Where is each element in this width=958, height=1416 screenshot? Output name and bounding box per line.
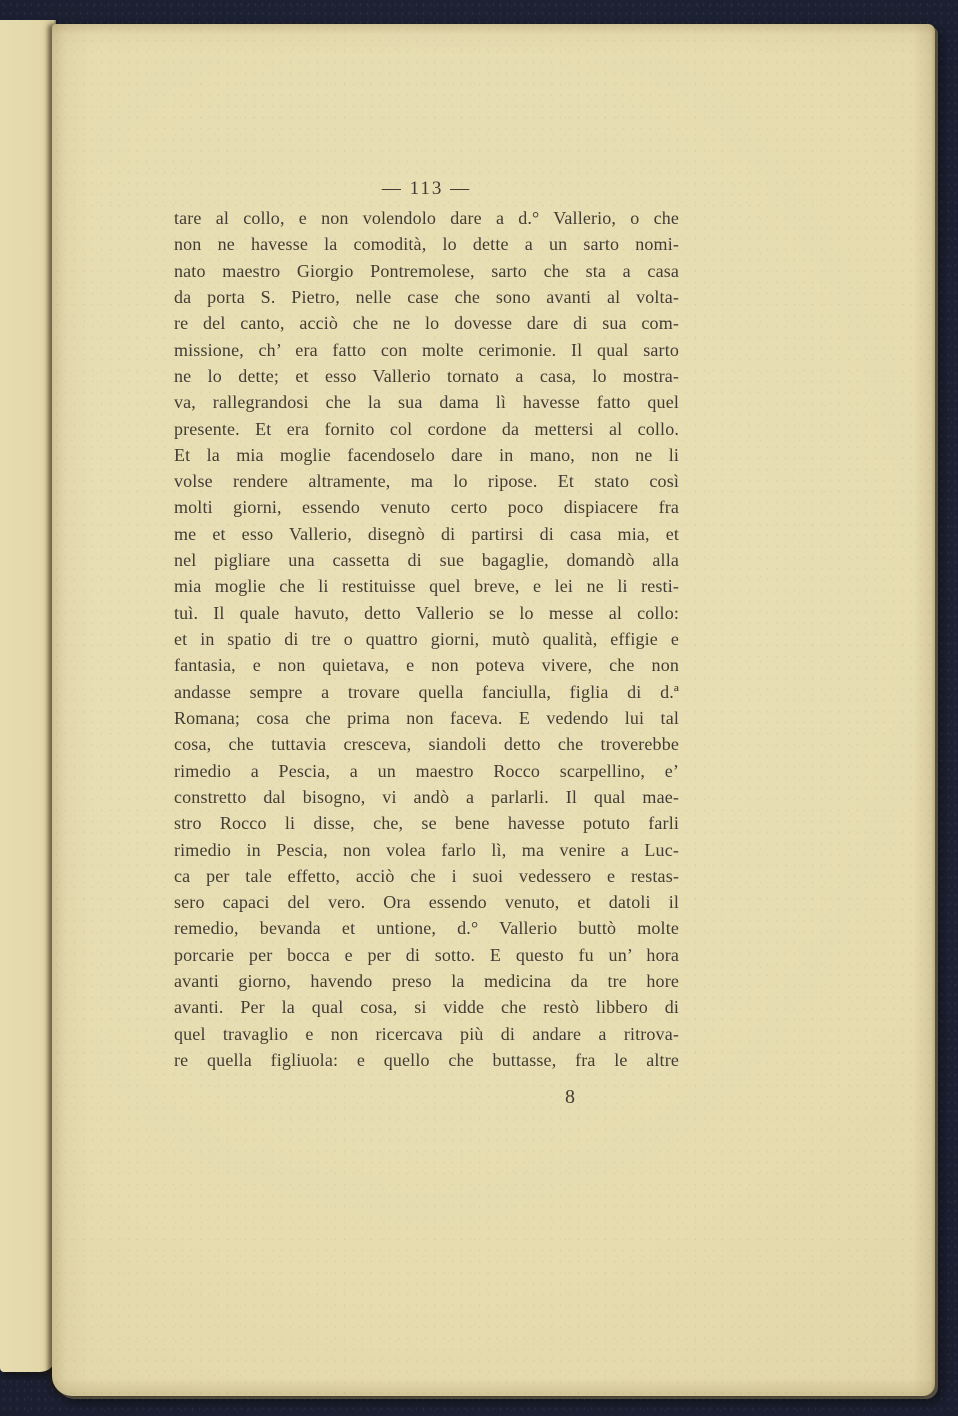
text-line: rimedio a Pescia, a un maestro Rocco sca… xyxy=(174,758,679,784)
text-line: Romana; cosa che prima non faceva. E ved… xyxy=(174,705,679,731)
text-line: andasse sempre a trovare quella fanciull… xyxy=(174,679,679,705)
text-line: non ne havesse la comodità, lo dette a u… xyxy=(174,231,679,257)
text-line: missione, ch’ era fatto con molte cerimo… xyxy=(174,337,679,363)
text-line: ca per tale effetto, acciò che i suoi ve… xyxy=(174,863,679,889)
text-line: sero capaci del vero. Ora essendo venuto… xyxy=(174,889,679,915)
text-line: presente. Et era fornito col cordone da … xyxy=(174,416,679,442)
text-line: tuì. Il quale havuto, detto Vallerio se … xyxy=(174,600,679,626)
text-line: avanti. Per la qual cosa, si vidde che r… xyxy=(174,994,679,1020)
book-spread: — 113 — tare al collo, e non volendolo d… xyxy=(0,0,958,1416)
text-line: volse rendere altramente, ma lo ripose. … xyxy=(174,468,679,494)
text-line: quel travaglio e non ricercava più di an… xyxy=(174,1021,679,1047)
text-line: remedio, bevanda et untione, d.° Valleri… xyxy=(174,915,679,941)
page-header-number: — 113 — xyxy=(174,178,679,200)
text-line: Et la mia moglie facendoselo dare in man… xyxy=(174,442,679,468)
text-line: et in spatio di tre o quattro giorni, mu… xyxy=(174,626,679,652)
text-line: tare al collo, e non volendolo dare a d.… xyxy=(174,205,679,231)
text-line: nato maestro Giorgio Pontremolese, sarto… xyxy=(174,258,679,284)
text-line: me et esso Vallerio, disegnò di partirsi… xyxy=(174,521,679,547)
page-text: tare al collo, e non volendolo dare a d.… xyxy=(174,205,679,1073)
text-line: constretto dal bisogno, vi andò a parlar… xyxy=(174,784,679,810)
text-line: stro Rocco li disse, che, se bene havess… xyxy=(174,810,679,836)
text-line: molti giorni, essendo venuto certo poco … xyxy=(174,494,679,520)
text-line: ne lo dette; et esso Vallerio tornato a … xyxy=(174,363,679,389)
signature-mark: 8 xyxy=(565,1086,575,1109)
text-line: re quella figliuola: e quello che buttas… xyxy=(174,1047,679,1073)
text-line: nel pigliare una cassetta di sue bagagli… xyxy=(174,547,679,573)
text-line: fantasia, e non quietava, e non poteva v… xyxy=(174,652,679,678)
text-line: va, rallegrandosi che la sua dama lì hav… xyxy=(174,389,679,415)
text-line: da porta S. Pietro, nelle case che sono … xyxy=(174,284,679,310)
text-line: porcarie per bocca e per di sotto. E que… xyxy=(174,942,679,968)
text-line: cosa, che tuttavia cresceva, siandoli de… xyxy=(174,731,679,757)
previous-page-edge xyxy=(0,20,56,1372)
text-line: rimedio in Pescia, non volea farlo lì, m… xyxy=(174,837,679,863)
book-page: — 113 — tare al collo, e non volendolo d… xyxy=(52,24,935,1396)
text-line: re del canto, acciò che ne lo dovesse da… xyxy=(174,310,679,336)
text-line: avanti giorno, havendo preso la medicina… xyxy=(174,968,679,994)
text-line: mia moglie che li restituisse quel breve… xyxy=(174,573,679,599)
